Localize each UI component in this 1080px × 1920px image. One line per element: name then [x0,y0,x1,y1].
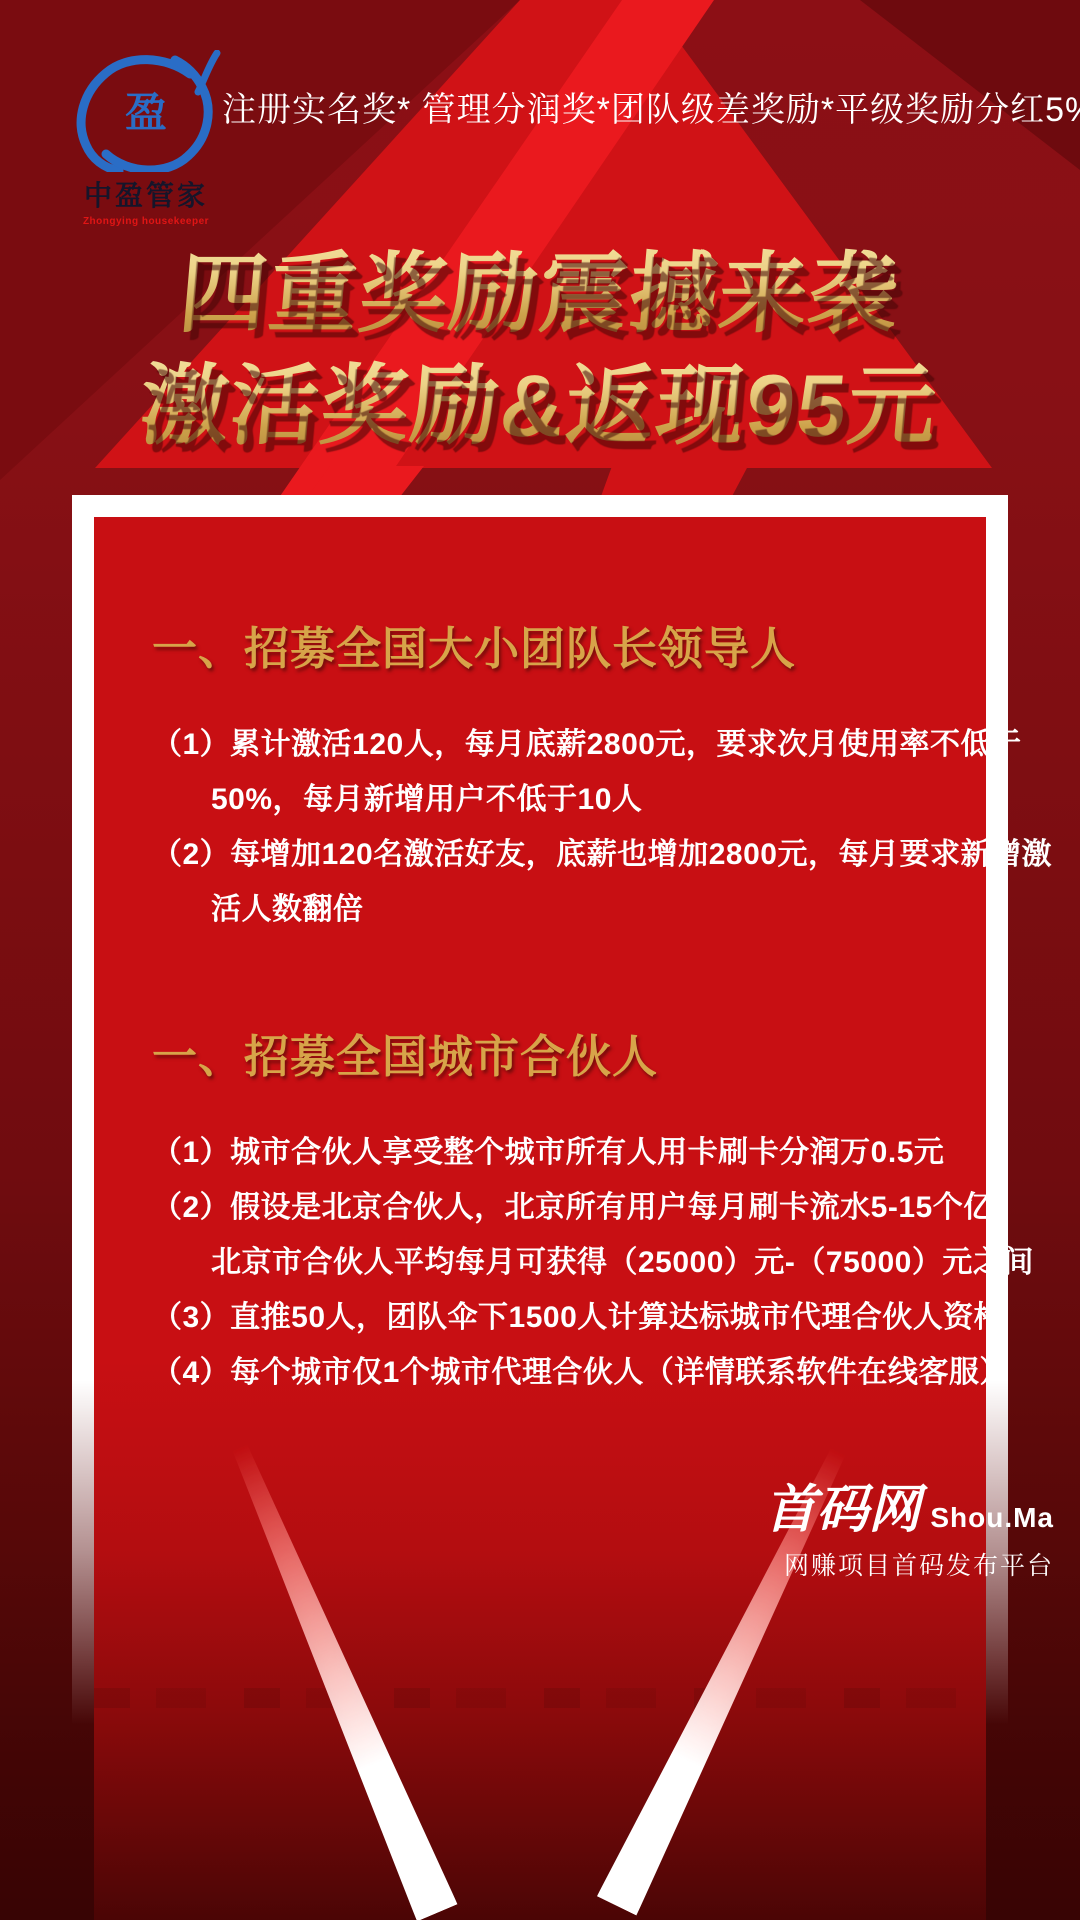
main-title-line2: 激活奖励&返现95元 [0,336,1080,462]
footer-watermark: 首码网 Shou.Ma 网赚项目首码发布平台 [764,1482,1054,1582]
company-logo: 盈 中盈管家 Zhongying housekeeper [56,50,236,227]
main-title-line1: 四重奖励震撼来袭 [0,224,1080,350]
body-line: （1）城市合伙人享受整个城市所有人用卡刷卡分润万0.5元 [152,1125,966,1180]
body-line: （4）每个城市仅1个城市代理合伙人（详情联系软件在线客服） [152,1345,966,1400]
body-line: （2）假设是北京合伙人，北京所有用户每月刷卡流水5-15个亿， [152,1180,966,1235]
section-heading: 一、招募全国大小团队长领导人 [152,621,966,677]
panel-sections: 一、招募全国大小团队长领导人（1）累计激活120人，每月底薪2800元，要求次月… [94,517,986,1400]
footer-brand-name: 首码网 [764,1482,920,1538]
header-tagline: 注册实名奖* 管理分润奖*团队级差奖励*平级奖励分红5% [222,82,1080,131]
footer-brand-latin: Shou.Ma [930,1502,1054,1534]
body-line: 50%，每月新增用户不低于10人 [152,772,966,827]
frame-border-top [72,495,1008,517]
body-line: （1）累计激活120人，每月底薪2800元，要求次月使用率不低于 [152,717,966,772]
body-line: （3）直推50人，团队伞下1500人计算达标城市代理合伙人资格 [152,1290,966,1345]
skyline-silhouette [94,1688,986,1708]
logo-name: 中盈管家 [56,174,236,214]
footer-tagline: 网赚项目首码发布平台 [764,1546,1054,1582]
body-line: 北京市合伙人平均每月可获得（25000）元-（75000）元之间 [152,1235,966,1290]
logo-symbol: 盈 [125,89,167,136]
body-line: 活人数翻倍 [152,882,966,937]
frame-border-left [72,495,94,1725]
logo-swirl-icon: 盈 [66,50,226,172]
footer-brand-row: 首码网 Shou.Ma [764,1482,1054,1538]
promo-poster: 盈 中盈管家 Zhongying housekeeper 注册实名奖* 管理分润… [0,0,1080,1920]
section-heading: 一、招募全国城市合伙人 [152,1029,966,1085]
body-line: （2）每增加120名激活好友，底薪也增加2800元，每月要求新增激 [152,827,966,882]
